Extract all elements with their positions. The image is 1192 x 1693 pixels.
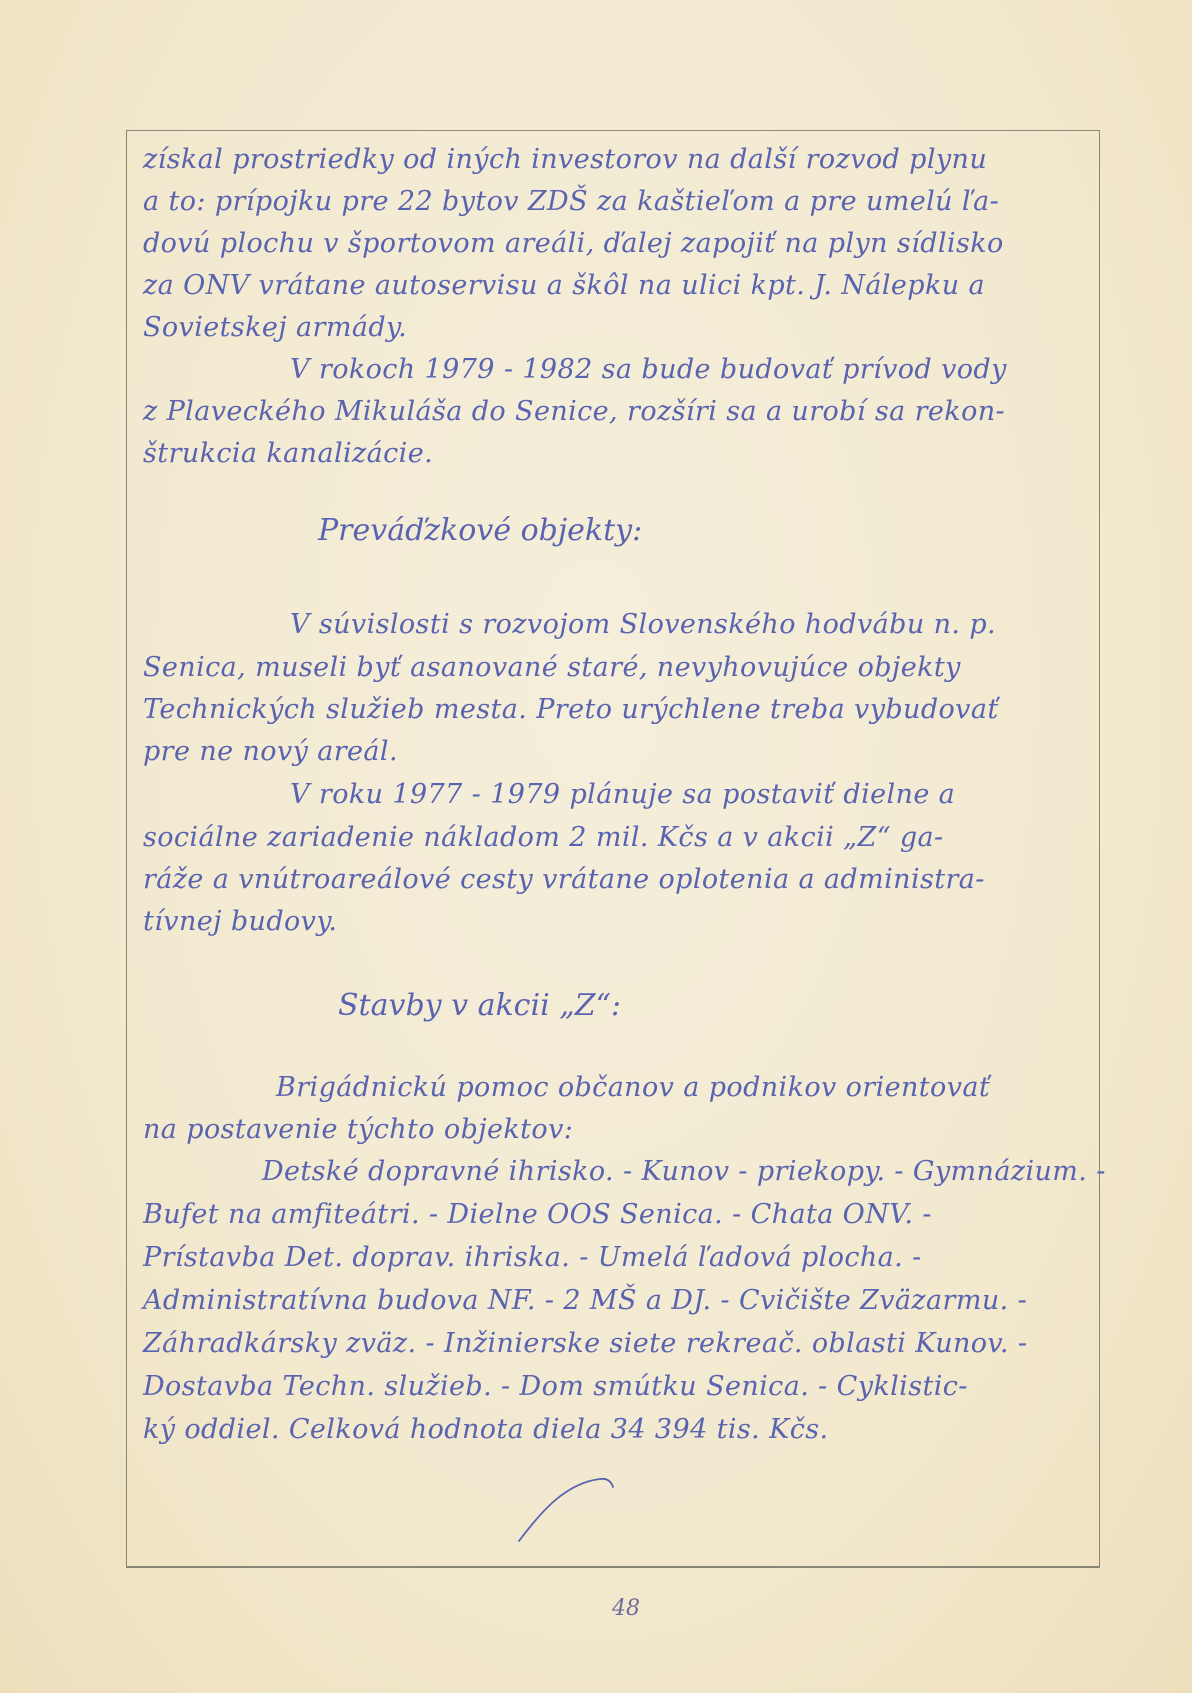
text-line: dovú plochu v športovom areáli, ďalej za… (143, 224, 1088, 264)
text-line: získal prostriedky od iných investorov n… (143, 140, 1088, 180)
text-line: V roku 1977 - 1979 plánuje sa postaviť d… (290, 775, 1192, 815)
text-line: Bufet na amfiteátri. - Dielne OOS Senica… (143, 1195, 1088, 1235)
page-number: 48 (612, 1596, 640, 1621)
text-line: sociálne zariadenie nákladom 2 mil. Kčs … (143, 818, 1088, 858)
text-line: Detské dopravné ihrisko. - Kunov - priek… (262, 1152, 1192, 1192)
text-line: Senica, museli byť asanované staré, nevy… (143, 648, 1088, 688)
closing-flourish-icon (515, 1475, 625, 1545)
text-line: ký oddiel. Celková hodnota diela 34 394 … (143, 1410, 1088, 1450)
text-line: štrukcia kanalizácie. (143, 434, 1088, 474)
text-line: Záhradkársky zväz. - Inžinierske siete r… (143, 1324, 1088, 1364)
text-line: Technických služieb mesta. Preto urýchle… (143, 690, 1088, 730)
text-line: na postavenie týchto objektov: (143, 1110, 1088, 1150)
text-line: ráže a vnútroareálové cesty vrátane oplo… (143, 860, 1088, 900)
text-line: Brigádnickú pomoc občanov a podnikov ori… (276, 1068, 1192, 1108)
text-line: tívnej budovy. (143, 902, 1088, 942)
text-line: Administratívna budova NF. - 2 MŠ a DJ. … (143, 1281, 1088, 1321)
section-heading-transfer-objects: Preváďzkové objekty: (318, 513, 642, 548)
text-line: V súvislosti s rozvojom Slovenského hodv… (290, 605, 1192, 645)
text-line: za ONV vrátane autoservisu a škôl na uli… (143, 266, 1088, 306)
text-line: V rokoch 1979 - 1982 sa bude budovať prí… (290, 350, 1192, 390)
text-line: a to: prípojku pre 22 bytov ZDŠ za kašti… (143, 182, 1088, 222)
text-line: z Plaveckého Mikuláša do Senice, rozšíri… (143, 392, 1088, 432)
text-line: pre ne nový areál. (143, 732, 1088, 772)
text-line: Sovietskej armády. (143, 308, 1088, 348)
text-line: Prístavba Det. doprav. ihriska. - Umelá … (143, 1238, 1088, 1278)
text-line: Dostavba Techn. služieb. - Dom smútku Se… (143, 1367, 1088, 1407)
section-heading-z-action: Stavby v akcii „Z“: (338, 988, 621, 1023)
